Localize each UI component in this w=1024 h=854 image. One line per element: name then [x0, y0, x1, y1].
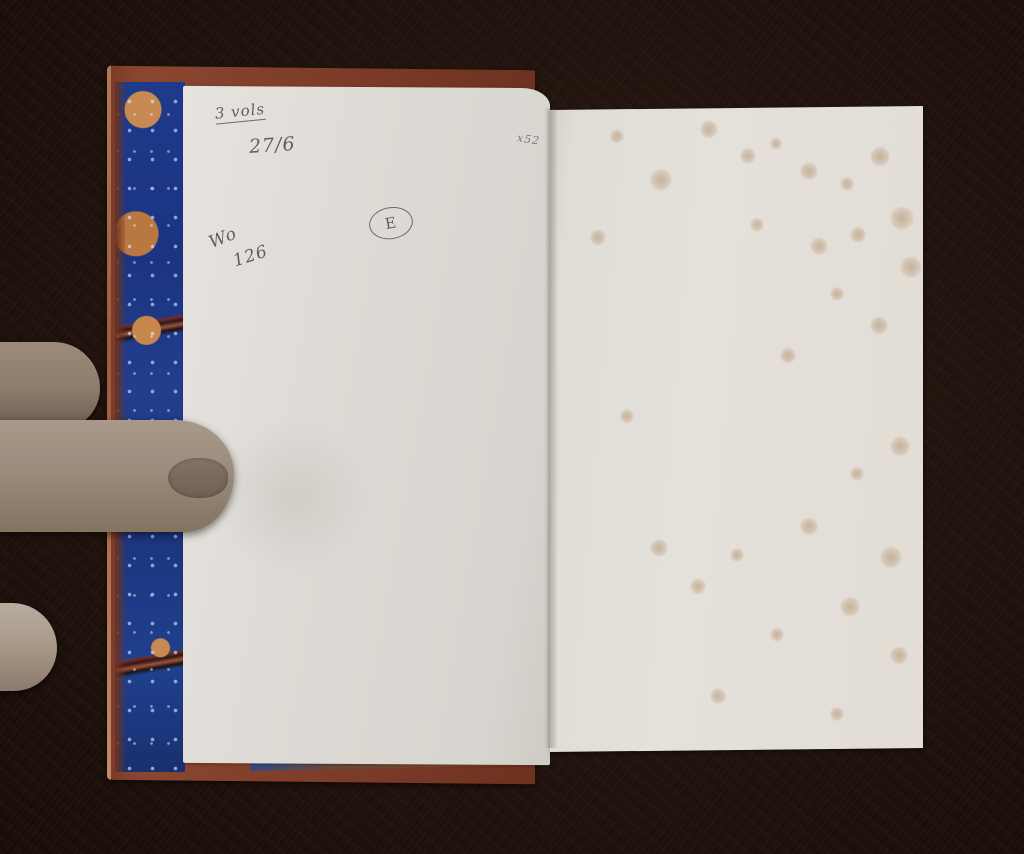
foxing-spot	[770, 138, 782, 150]
foxing-spot	[810, 237, 828, 255]
foxing-spot	[890, 436, 910, 456]
foxing-spot	[650, 539, 668, 557]
foxing-spot	[710, 688, 726, 704]
foxing-spot	[800, 162, 818, 180]
foxing-spot	[890, 646, 908, 664]
foxing-spot	[850, 467, 864, 481]
pencil-note-price: 27/6	[248, 135, 296, 157]
foxing-spot	[740, 148, 756, 164]
foxing-spot	[620, 409, 634, 423]
foxing-spot	[830, 287, 844, 301]
foxing-spot	[590, 229, 606, 245]
foxing-spot	[890, 206, 914, 230]
foxing-spot	[700, 120, 718, 138]
pencil-note-volumes: 3 vols	[214, 102, 266, 125]
foxing-spot	[840, 177, 854, 191]
foxing-spot	[870, 316, 888, 334]
pencil-circled-letter: E	[367, 204, 416, 243]
foxing-spot	[780, 347, 796, 363]
circled-letter-text: E	[384, 215, 398, 232]
pencil-corner-mark: x52	[516, 132, 541, 146]
pencil-note-code-line1: Wo	[207, 225, 240, 251]
foxing-spot	[770, 628, 784, 642]
book-gutter-shadow	[544, 108, 558, 748]
hand-middle-finger	[0, 342, 100, 430]
foxing-spot	[900, 256, 922, 278]
right-flyleaf-page	[550, 106, 923, 752]
foxing-spot	[650, 169, 672, 191]
foxing-spot	[840, 597, 860, 617]
foxing-spot	[730, 548, 744, 562]
pencil-note-code-line2: 126	[231, 243, 270, 270]
photo-scene: 3 vols 27/6 Wo 126 E x52	[0, 0, 1024, 854]
foxing-spot	[690, 578, 706, 594]
hand-index-finger	[0, 420, 234, 532]
foxing-spot	[750, 218, 764, 232]
foxing-spot	[800, 517, 818, 535]
foxing-spot	[610, 129, 624, 143]
fingernail	[168, 458, 228, 498]
foxing-spot	[830, 707, 844, 721]
foxing-spot	[850, 227, 866, 243]
foxing-spot	[870, 146, 890, 166]
left-flyleaf-page: 3 vols 27/6 Wo 126 E x52	[183, 86, 550, 765]
foxing-spot	[880, 546, 902, 568]
hand-thumb	[0, 603, 57, 691]
